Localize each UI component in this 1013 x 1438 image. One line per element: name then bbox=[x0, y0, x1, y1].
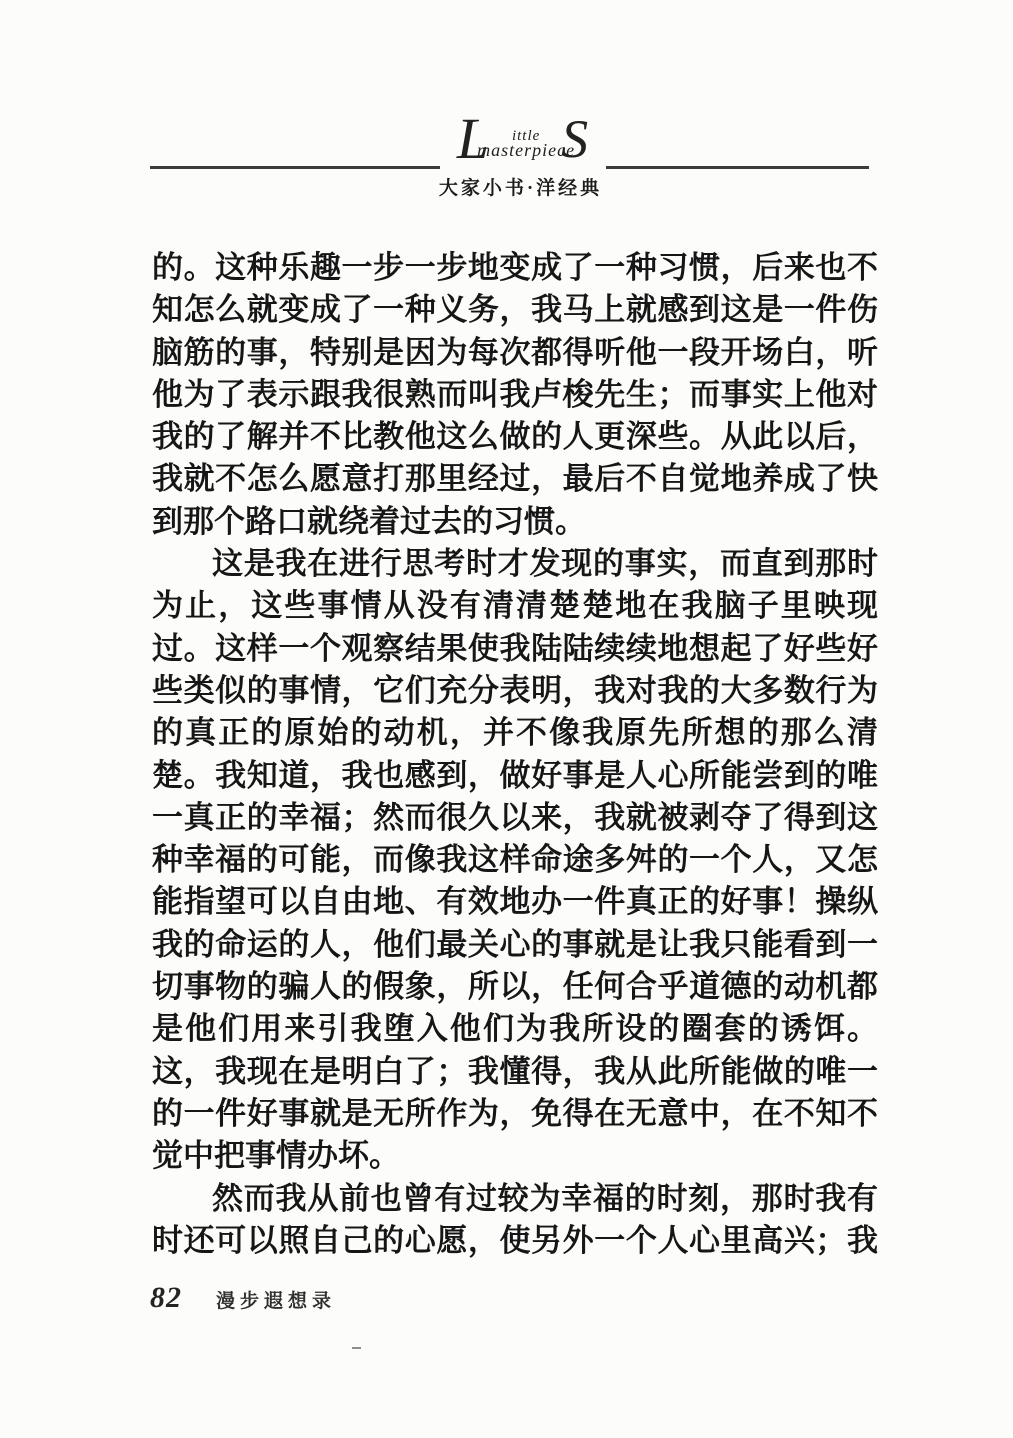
logo-letter-s: S bbox=[561, 116, 588, 162]
masthead-logo: L ittle masterpiece S bbox=[0, 116, 1013, 162]
text-line: 他为了表示跟我很熟而叫我卢梭先生；而事实上他对 bbox=[152, 374, 878, 416]
text-line: 为止，这些事情从没有清清楚楚地在我脑子里映现 bbox=[152, 585, 878, 627]
text-line: 这是我在进行思考时才发现的事实，而直到那时 bbox=[152, 543, 878, 585]
text-line: 楚。我知道，我也感到，做好事是人心所能尝到的唯 bbox=[152, 755, 878, 797]
text-line: 过。这样一个观察结果使我陆陆续续地想起了好些好 bbox=[152, 628, 878, 670]
book-page-scan: L ittle masterpiece S 大家小书·洋经典 的。这种乐趣一步一… bbox=[0, 0, 1013, 1438]
text-line: 然而我从前也曾有过较为幸福的时刻，那时我有 bbox=[152, 1178, 878, 1220]
text-line: 我的命运的人，他们最关心的事就是让我只能看到一 bbox=[152, 924, 878, 966]
text-line: 些类似的事情，它们充分表明，我对我的大多数行为 bbox=[152, 670, 878, 712]
text-line: 知怎么就变成了一种义务，我马上就感到这是一件伤 bbox=[152, 289, 878, 331]
footer: 82 漫步遐想录 bbox=[150, 1281, 336, 1315]
text-line: 能指望可以自由地、有效地办一件真正的好事！操纵 bbox=[152, 881, 878, 923]
text-line: 的一件好事就是无所作为，免得在无意中，在不知不 bbox=[152, 1093, 878, 1135]
text-line: 时还可以照自己的心愿，使另外一个人心里高兴；我 bbox=[152, 1220, 878, 1262]
body-text: 的。这种乐趣一步一步地变成了一种习惯，后来也不 知怎么就变成了一种义务，我马上就… bbox=[152, 247, 878, 1262]
running-title: 漫步遐想录 bbox=[216, 1286, 336, 1313]
text-line: 一真正的幸福；然而很久以来，我就被剥夺了得到这 bbox=[152, 797, 878, 839]
header-rule-right bbox=[606, 166, 869, 169]
page-number: 82 bbox=[150, 1281, 182, 1315]
text-line: 我的了解并不比教他这么做的人更深些。从此以后， bbox=[152, 416, 878, 458]
text-line: 种幸福的可能，而像我这样命途多舛的一个人，又怎 bbox=[152, 839, 878, 881]
header-rule-left bbox=[150, 166, 440, 169]
scan-artifact-dash bbox=[352, 1347, 361, 1349]
text-line: 的。这种乐趣一步一步地变成了一种习惯，后来也不 bbox=[152, 247, 878, 289]
little-masterpieces-logo: L ittle masterpiece S bbox=[457, 116, 588, 162]
text-line: 切事物的骗人的假象，所以，任何合乎道德的动机都 bbox=[152, 966, 878, 1008]
text-line: 的真正的原始的动机，并不像我原先所想的那么清 bbox=[152, 712, 878, 754]
text-line: 觉中把事情办坏。 bbox=[152, 1135, 878, 1177]
text-line: 到那个路口就绕着过去的习惯。 bbox=[152, 501, 878, 543]
text-line: 脑筋的事，特别是因为每次都得听他一段开场白，听 bbox=[152, 332, 878, 374]
text-line: 我就不怎么愿意打那里经过，最后不自觉地养成了快 bbox=[152, 458, 878, 500]
text-line: 这，我现在是明白了；我懂得，我从此所能做的唯一 bbox=[152, 1051, 878, 1093]
text-line: 是他们用来引我堕入他们为我所设的圈套的诱饵。 bbox=[152, 1008, 878, 1050]
series-title: 大家小书·洋经典 bbox=[14, 173, 1013, 200]
